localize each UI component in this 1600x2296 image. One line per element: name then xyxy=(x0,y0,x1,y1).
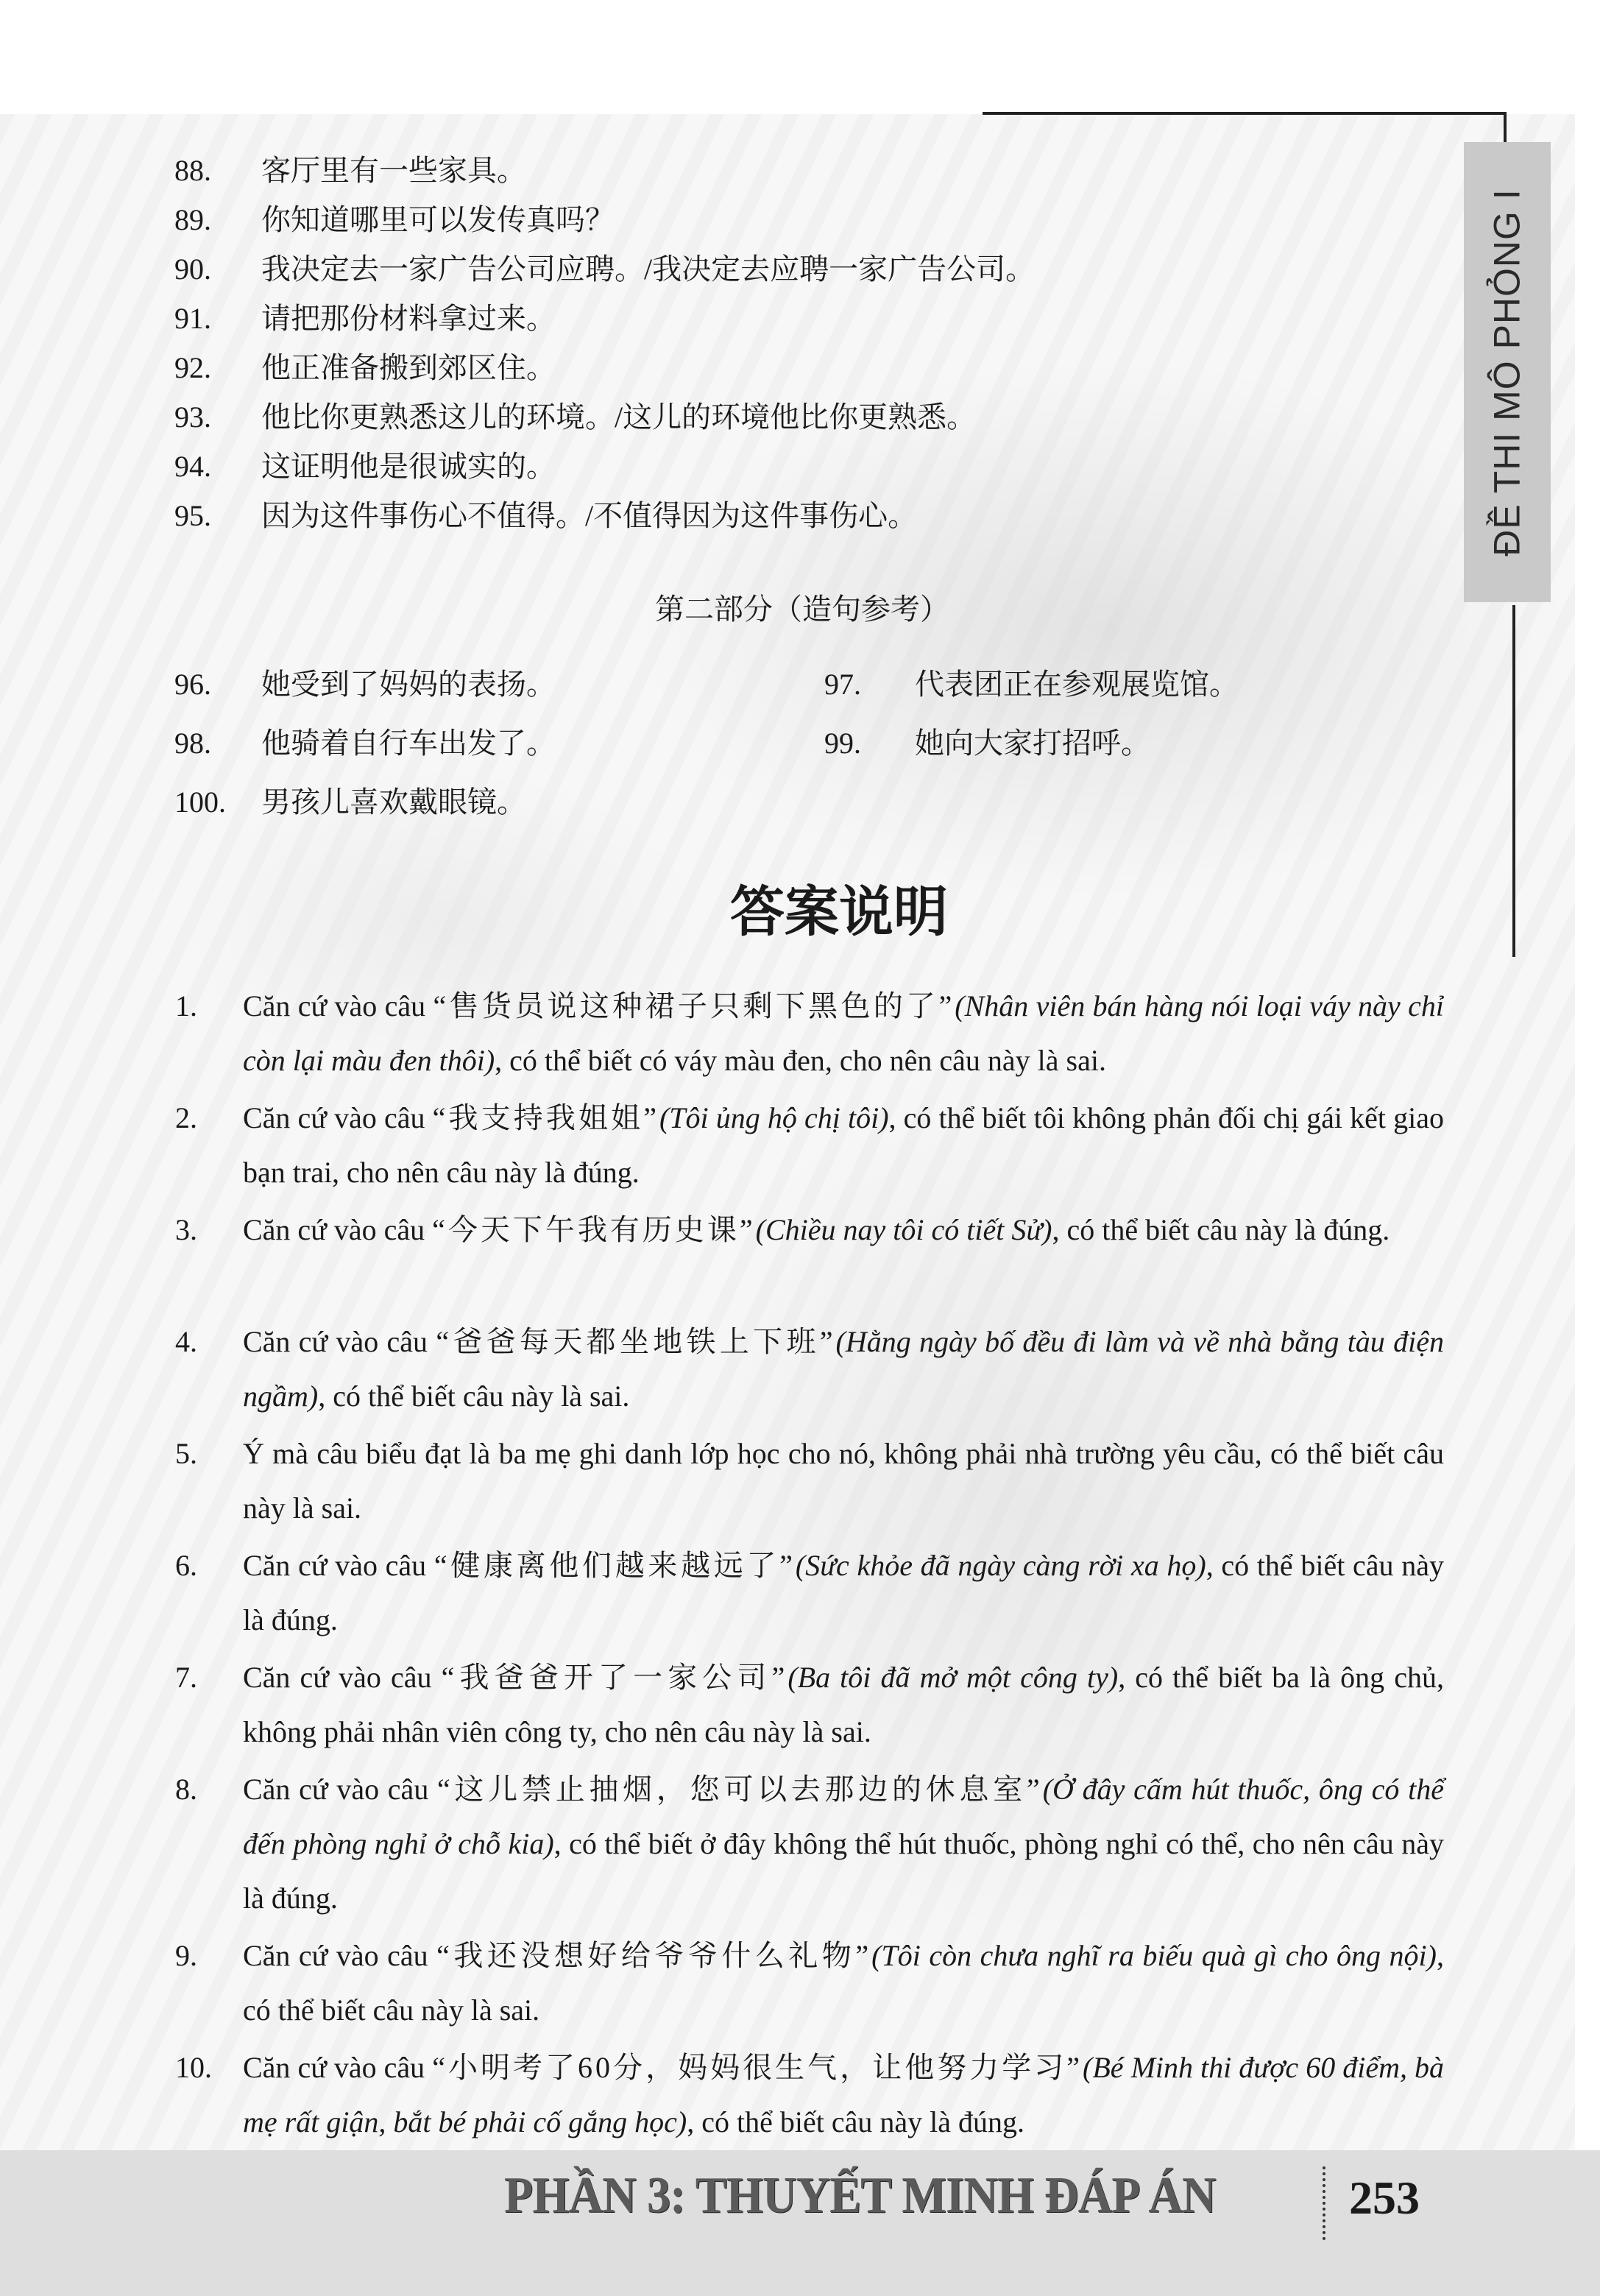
answer-number: 91. xyxy=(174,300,211,337)
explanation-number: 5. xyxy=(175,1427,197,1481)
explanation-lead: Căn cứ vào câu xyxy=(243,1773,437,1806)
explanation-number: 1. xyxy=(175,979,197,1034)
explanation-quote: “今天下午我有历史课” xyxy=(432,1213,756,1246)
explanation-item: 7. Căn cứ vào câu “我爸爸开了一家公司”(Ba tôi đã … xyxy=(175,1650,1444,1759)
explanation-lead: Căn cứ vào câu xyxy=(243,1549,434,1582)
explanation-conclusion: , có thể biết câu này là đúng. xyxy=(687,2105,1024,2138)
explanation-number: 8. xyxy=(175,1762,197,1817)
answer-text: 这证明他是很诚实的。 xyxy=(261,448,556,485)
explanation-quote: “我还没想好给爷爷什么礼物” xyxy=(436,1939,871,1972)
answer-text: 代表团正在参观展览馆。 xyxy=(915,666,1239,703)
answer-text: 客厅里有一些家具。 xyxy=(261,152,526,189)
chapter-side-tab-label: ĐỀ THI MÔ PHỎNG I xyxy=(1486,188,1529,556)
explanation-conclusion: , có thể biết có váy màu đen, cho nên câ… xyxy=(495,1044,1106,1077)
answer-text: 他比你更熟悉这儿的环境。/这儿的环境他比你更熟悉。 xyxy=(261,399,976,436)
explanation-quote: “这儿禁止抽烟，您可以去那边的休息室” xyxy=(437,1773,1043,1806)
explanation-item: 5. Ý mà câu biểu đạt là ba mẹ ghi danh l… xyxy=(175,1427,1444,1536)
top-rule xyxy=(983,112,1507,115)
explanation-number: 4. xyxy=(175,1315,197,1369)
answer-text: 她向大家打招呼。 xyxy=(915,725,1150,762)
explanation-number: 9. xyxy=(175,1929,197,1983)
answer-number: 95. xyxy=(174,498,211,534)
page-footer: PHẦN 3: THUYẾT MINH ĐÁP ÁN 253 xyxy=(0,2150,1600,2296)
answer-text: 他正准备搬到郊区住。 xyxy=(261,350,556,386)
explanation-number: 10. xyxy=(175,2041,212,2095)
explanation-number: 3. xyxy=(175,1203,197,1257)
explanation-item: 3. Căn cứ vào câu “今天下午我有历史课”(Chiều nay … xyxy=(175,1203,1444,1257)
explanation-number: 2. xyxy=(175,1091,197,1145)
answer-number: 99. xyxy=(824,725,861,762)
answer-number: 89. xyxy=(174,202,211,239)
explanation-lead: Căn cứ vào câu xyxy=(243,1325,436,1358)
explanation-lead: Căn cứ vào câu xyxy=(243,1213,432,1246)
explanation-quote: “爸爸每天都坐地铁上下班” xyxy=(436,1325,835,1358)
explanation-quote: “健康离他们越来越远了” xyxy=(434,1549,796,1582)
part2-heading: 第二部分（造句参考） xyxy=(0,586,1600,628)
explanation-number: 7. xyxy=(175,1650,197,1705)
explanation-conclusion: , có thể biết câu này là sai. xyxy=(318,1380,629,1413)
answer-number: 94. xyxy=(174,448,211,485)
explanation-lead: Căn cứ vào câu xyxy=(243,989,433,1022)
explanation-translation: (Sức khỏe đã ngày càng rời xa họ) xyxy=(796,1549,1206,1582)
answer-number: 98. xyxy=(174,725,211,762)
explanation-item: 4. Căn cứ vào câu “爸爸每天都坐地铁上下班”(Hằng ngà… xyxy=(175,1315,1444,1424)
explanation-lead: Căn cứ vào câu xyxy=(243,1661,442,1694)
explanation-quote: “售货员说这种裙子只剩下黑色的了” xyxy=(433,989,955,1022)
answer-number: 90. xyxy=(174,251,211,288)
explanation-lead: Ý mà câu biểu đạt là ba mẹ ghi danh lớp … xyxy=(243,1437,1444,1525)
footer-section-title: PHẦN 3: THUYẾT MINH ĐÁP ÁN xyxy=(504,2166,1216,2225)
explanation-quote: “我爸爸开了一家公司” xyxy=(442,1661,788,1694)
explanation-translation: (Ba tôi đã mở một công ty) xyxy=(787,1661,1118,1694)
explanations-title: 答案说明 xyxy=(0,869,1600,947)
answer-number: 92. xyxy=(174,350,211,386)
explanation-item: 1. Căn cứ vào câu “售货员说这种裙子只剩下黑色的了”(Nhân… xyxy=(175,979,1444,1088)
page-number: 253 xyxy=(1349,2171,1420,2225)
answer-number: 97. xyxy=(824,666,861,703)
footer-divider xyxy=(1323,2166,1325,2240)
answer-text: 我决定去一家广告公司应聘。/我决定去应聘一家广告公司。 xyxy=(261,251,1035,288)
answer-number: 100. xyxy=(174,784,226,821)
answer-text: 请把那份材料拿过来。 xyxy=(261,300,556,337)
explanation-item: 9. Căn cứ vào câu “我还没想好给爷爷什么礼物”(Tôi còn… xyxy=(175,1929,1444,2038)
answer-text: 因为这件事伤心不值得。/不值得因为这件事伤心。 xyxy=(261,498,917,534)
explanation-item: 2. Căn cứ vào câu “我支持我姐姐”(Tôi ủng hộ ch… xyxy=(175,1091,1444,1200)
explanation-lead: Căn cứ vào câu xyxy=(243,1101,433,1134)
explanation-item: 10. Căn cứ vào câu “小明考了60分，妈妈很生气，让他努力学习… xyxy=(175,2041,1444,2150)
explanation-item: 6. Căn cứ vào câu “健康离他们越来越远了”(Sức khỏe … xyxy=(175,1539,1444,1647)
answer-number: 93. xyxy=(174,399,211,436)
explanation-number: 6. xyxy=(175,1539,197,1593)
answer-text: 你知道哪里可以发传真吗？ xyxy=(261,202,615,239)
explanation-lead: Căn cứ vào câu xyxy=(243,2051,432,2084)
chapter-side-tab: ĐỀ THI MÔ PHỎNG I xyxy=(1464,142,1551,602)
explanation-quote: “我支持我姐姐” xyxy=(433,1101,659,1134)
explanation-translation: (Chiều nay tôi có tiết Sử) xyxy=(756,1213,1052,1246)
explanation-translation: (Tôi còn chưa nghĩ ra biếu quà gì cho ôn… xyxy=(871,1939,1437,1972)
explanation-lead: Căn cứ vào câu xyxy=(243,1939,436,1972)
answer-number: 96. xyxy=(174,666,211,703)
explanation-quote: “小明考了60分，妈妈很生气，让他努力学习” xyxy=(432,2051,1083,2084)
explanation-item: 8. Căn cứ vào câu “这儿禁止抽烟，您可以去那边的休息室”(Ở … xyxy=(175,1762,1444,1926)
answer-number: 88. xyxy=(174,152,211,189)
answer-text: 他骑着自行车出发了。 xyxy=(261,725,556,762)
answer-text: 她受到了妈妈的表扬。 xyxy=(261,666,556,703)
answer-text: 男孩儿喜欢戴眼镜。 xyxy=(261,784,526,821)
explanation-conclusion: , có thể biết câu này là đúng. xyxy=(1052,1213,1390,1246)
explanation-translation: (Tôi ủng hộ chị tôi) xyxy=(659,1101,889,1134)
